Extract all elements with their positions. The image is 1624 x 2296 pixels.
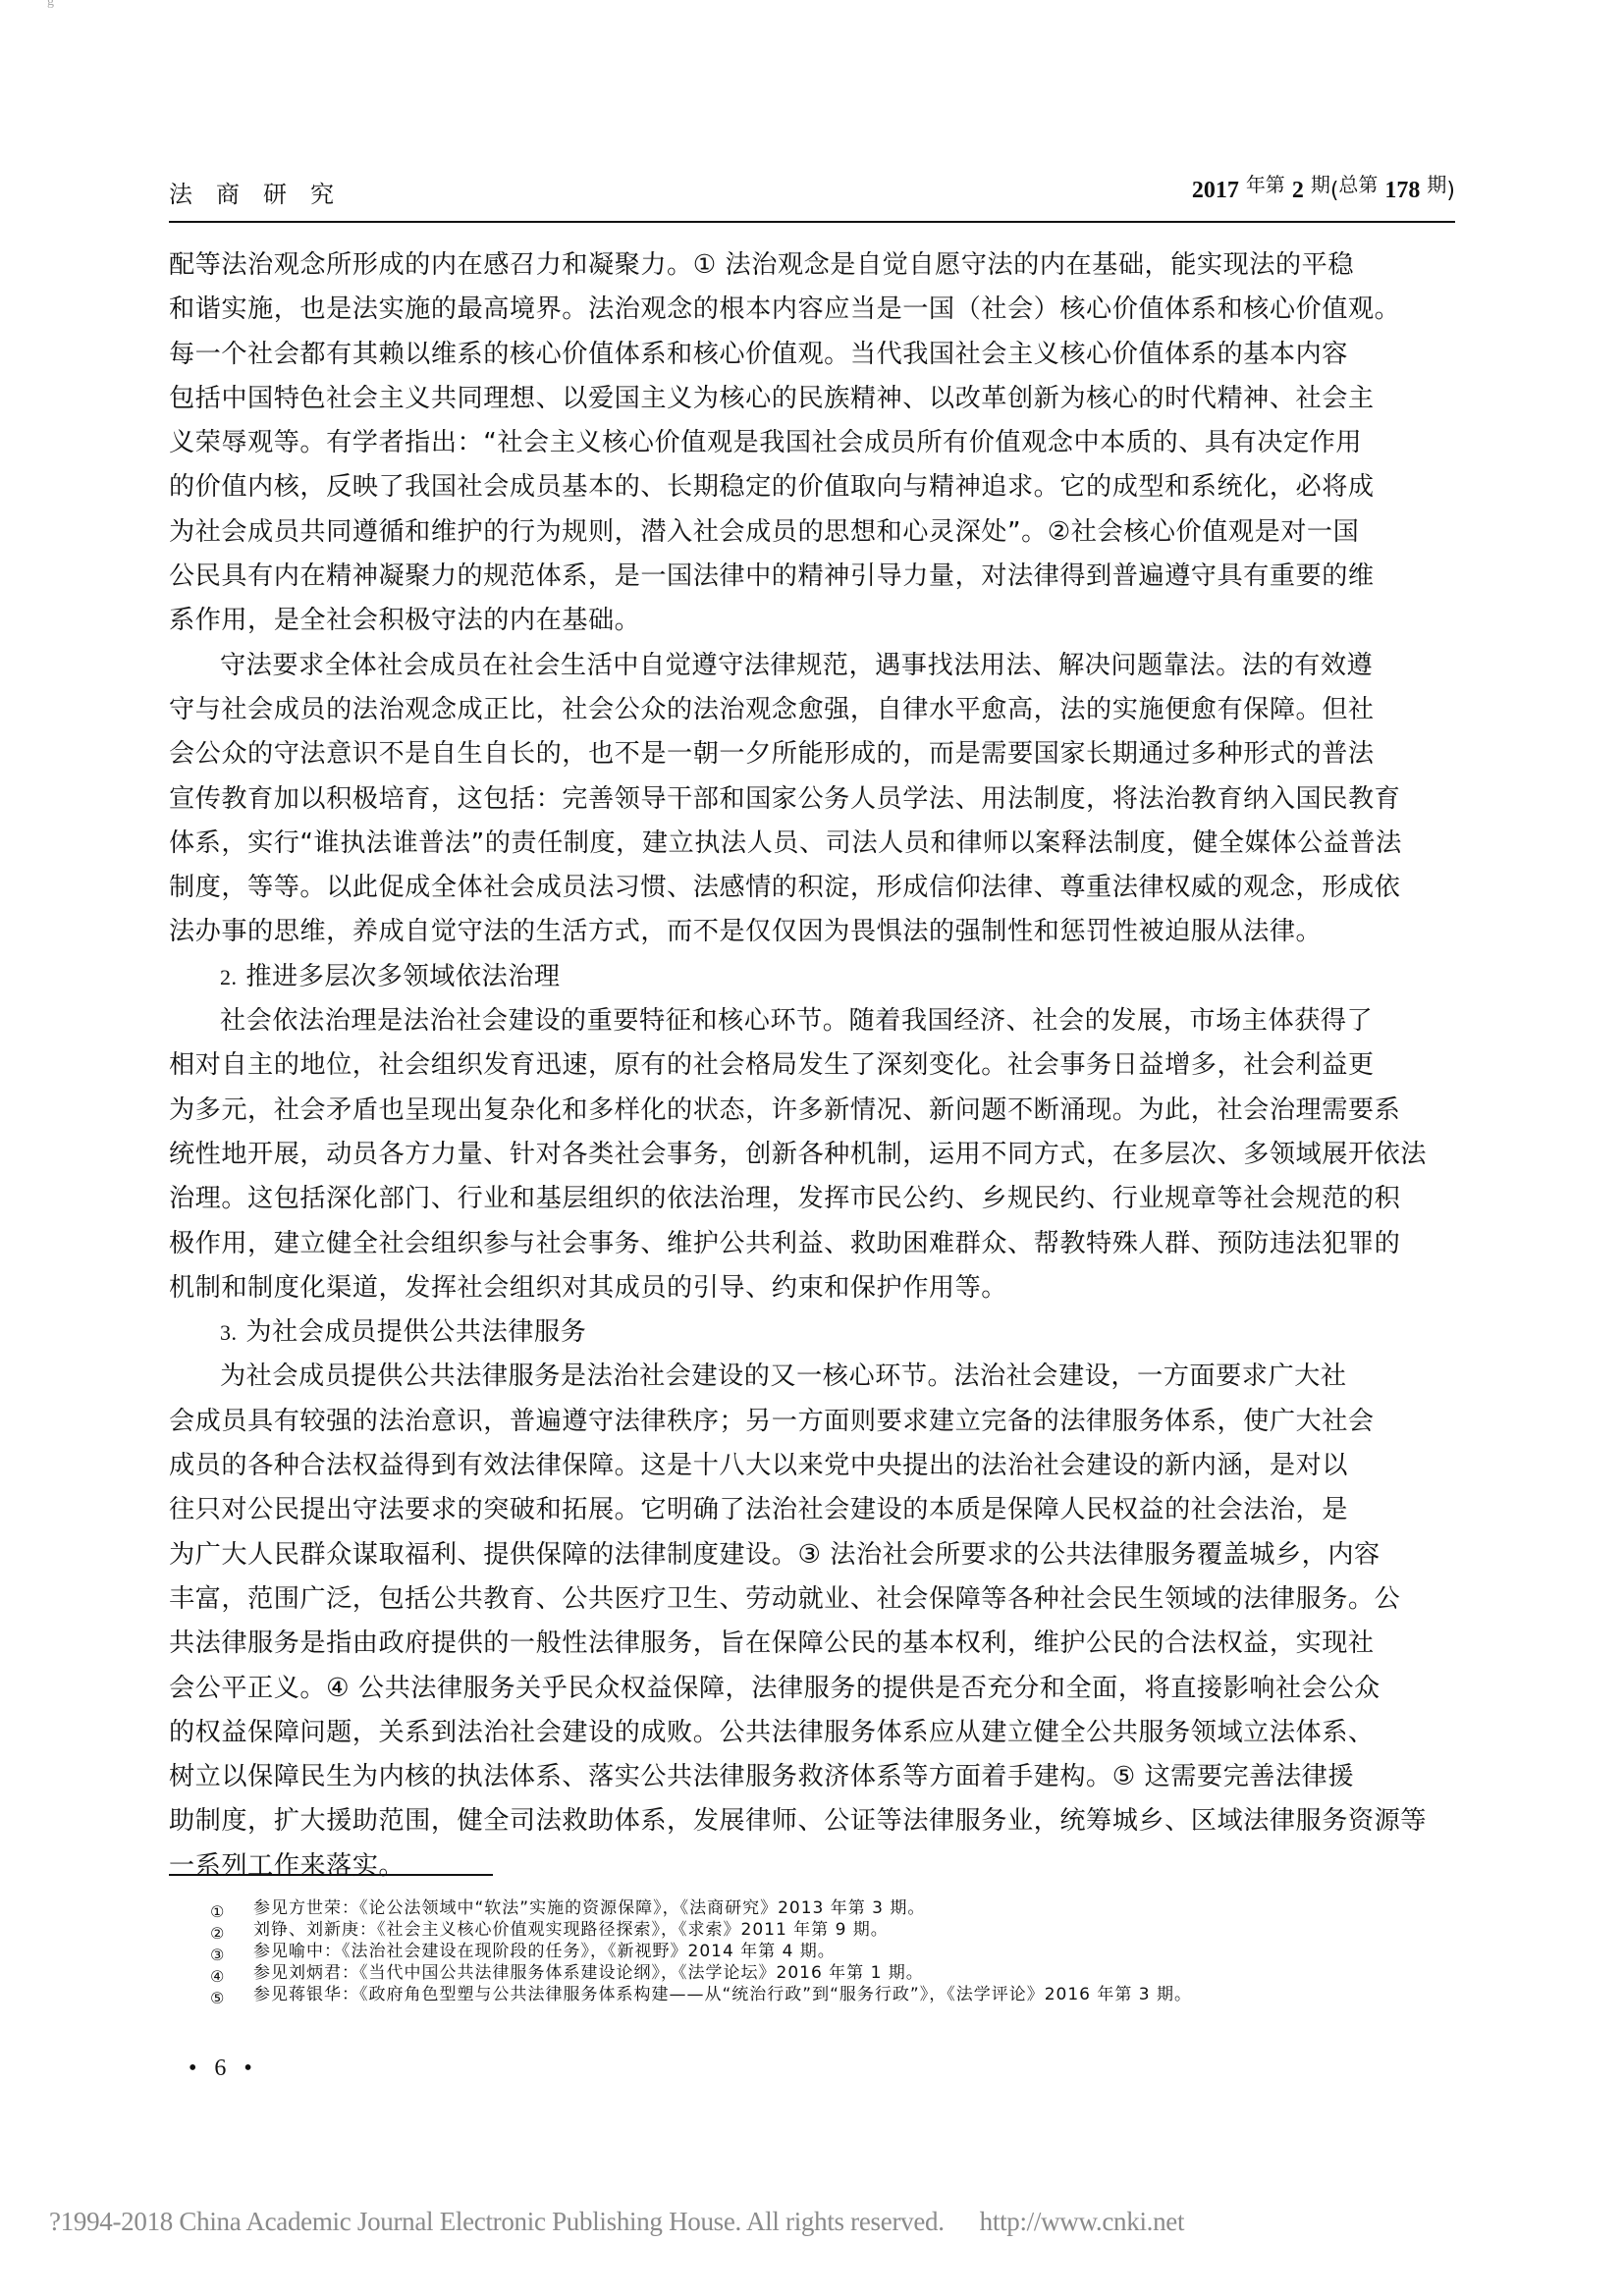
footnote-text: 参见蒋银华：《政府角色型塑与公共法律服务体系构建——从“统治行政”到“服务行政”… xyxy=(253,1984,1192,2005)
cnki-url: http://www.cnki.net xyxy=(980,2207,1185,2236)
close-paren: ) xyxy=(1446,179,1455,203)
footnote-2: ② 刘铮、刘新庚：《社会主义核心价值观实现路径探索》，《求索》2011 年第 9… xyxy=(169,1919,1455,1941)
section-number: 3. xyxy=(220,1320,238,1345)
total-issue-number: 178 xyxy=(1384,178,1420,203)
text-line: 机制和制度化渠道，发挥社会组织对其成员的引导、约束和保护作用等。 xyxy=(169,1266,1455,1310)
footnote-text: 参见喻中：《法治社会建设在现阶段的任务》，《新视野》2014 年第 4 期。 xyxy=(253,1941,836,1962)
copyright-watermark: ?1994-2018 China Academic Journal Electr… xyxy=(49,2207,1184,2237)
journal-name: 法商研究 xyxy=(169,175,357,209)
section-number: 2. xyxy=(220,965,238,989)
text-line: 守与社会成员的法治观念成正比，社会公众的法治观念愈强，自律水平愈高，法的实施便愈… xyxy=(169,688,1455,732)
total-suffix: 期 xyxy=(1427,173,1446,196)
text-line: 为社会成员提供公共法律服务是法治社会建设的又一核心环节。法治社会建设，一方面要求… xyxy=(169,1355,1455,1399)
text-line: 为广大人民群众谋取福利、提供保障的法律制度建设。③ 法治社会所要求的公共法律服务… xyxy=(169,1533,1455,1577)
text-line: 义荣辱观等。有学者指出：“社会主义核心价值观是我国社会成员所有价值观念中本质的、… xyxy=(169,421,1455,465)
text-line: 的权益保障问题，关系到法治社会建设的成败。公共法律服务体系应从建立健全公共服务领… xyxy=(169,1711,1455,1755)
section-3-body: 为社会成员提供公共法律服务是法治社会建设的又一核心环节。法治社会建设，一方面要求… xyxy=(169,1355,1455,1889)
text-line: 成员的各种合法权益得到有效法律保障。这是十八大以来党中央提出的法治社会建设的新内… xyxy=(169,1444,1455,1488)
footnotes: ① 参见方世荣：《论公法领域中“软法”实施的资源保障》，《法商研究》2013 年… xyxy=(169,1897,1455,2005)
paragraph-law-abiding: 守法要求全体社会成员在社会生活中自觉遵守法律规范，遇事找法用法、解决问题靠法。法… xyxy=(169,644,1455,955)
text-line: 统性地开展，动员各方力量、针对各类社会事务，创新各种机制，运用不同方式，在多层次… xyxy=(169,1133,1455,1177)
footnote-1: ① 参见方世荣：《论公法领域中“软法”实施的资源保障》，《法商研究》2013 年… xyxy=(169,1897,1455,1919)
text-line: 宣传教育加以积极培育，这包括：完善领导干部和国家公务人员学法、用法制度，将法治教… xyxy=(169,777,1455,822)
footnote-text: 参见方世荣：《论公法领域中“软法”实施的资源保障》，《法商研究》2013 年第 … xyxy=(253,1897,925,1919)
issue-info: 2017 年第 2 期(总第 178 期) xyxy=(1192,175,1455,204)
page-number: • 6 • xyxy=(189,2056,258,2082)
article-body: 配等法治观念所形成的内在感召力和凝聚力。① 法治观念是自觉自愿守法的内在基础，能… xyxy=(169,243,1455,1889)
text-line: 会公众的守法意识不是自生自长的，也不是一朝一夕所能形成的，而是需要国家长期通过多… xyxy=(169,732,1455,776)
section-heading-3: 3. 为社会成员提供公共法律服务 xyxy=(169,1310,1455,1355)
text-line: 为多元，社会矛盾也呈现出复杂化和多样化的状态，许多新情况、新问题不断涌现。为此，… xyxy=(169,1089,1455,1133)
text-line: 每一个社会都有其赖以维系的核心价值体系和核心价值观。当代我国社会主义核心价值体系… xyxy=(169,333,1455,377)
text-line: 树立以保障民生为内核的执法体系、落实公共法律服务救济体系等方面着手建构。⑤ 这需… xyxy=(169,1755,1455,1799)
text-line: 往只对公民提出守法要求的突破和拓展。它明确了法治社会建设的本质是保障人民权益的社… xyxy=(169,1488,1455,1532)
running-header: 法商研究 2017 年第 2 期(总第 178 期) xyxy=(169,173,1455,206)
section-2-body: 社会依法治理是法治社会建设的重要特征和核心环节。随着我国经济、社会的发展，市场主… xyxy=(169,999,1455,1310)
corner-mark: g xyxy=(47,0,54,10)
text-line: 公民具有内在精神凝聚力的规范体系，是一国法律中的精神引导力量，对法律得到普遍遵守… xyxy=(169,555,1455,599)
text-line: 丰富，范围广泛，包括公共教育、公共医疗卫生、劳动就业、社会保障等各种社会民生领域… xyxy=(169,1577,1455,1622)
issue-number: 2 xyxy=(1292,178,1304,203)
text-line: 相对自主的地位，社会组织发育迅速，原有的社会格局发生了深刻变化。社会事务日益增多… xyxy=(169,1043,1455,1088)
footnote-5: ⑤ 参见蒋银华：《政府角色型塑与公共法律服务体系构建——从“统治行政”到“服务行… xyxy=(169,1984,1455,2005)
footnote-marker: ⑤ xyxy=(210,1988,224,2009)
text-line: 治理。这包括深化部门、行业和基层组织的依法治理，发挥市民公约、乡规民约、行业规章… xyxy=(169,1177,1455,1221)
footnote-3: ③ 参见喻中：《法治社会建设在现阶段的任务》，《新视野》2014 年第 4 期。 xyxy=(169,1941,1455,1962)
text-line: 包括中国特色社会主义共同理想、以爱国主义为核心的民族精神、以改革创新为核心的时代… xyxy=(169,377,1455,421)
text-line: 的价值内核，反映了我国社会成员基本的、长期稳定的价值取向与精神追求。它的成型和系… xyxy=(169,465,1455,509)
text-line: 会公平正义。④ 公共法律服务关乎民众权益保障，法律服务的提供是否充分和全面，将直… xyxy=(169,1667,1455,1711)
text-line: 守法要求全体社会成员在社会生活中自觉遵守法律规范，遇事找法用法、解决问题靠法。法… xyxy=(169,644,1455,688)
text-line: 制度，等等。以此促成全体社会成员法习惯、法感情的积淀，形成信仰法律、尊重法律权威… xyxy=(169,866,1455,910)
text-line: 共法律服务是指由政府提供的一般性法律服务，旨在保障公民的基本权利，维护公民的合法… xyxy=(169,1622,1455,1666)
paragraph-core-values: 配等法治观念所形成的内在感召力和凝聚力。① 法治观念是自觉自愿守法的内在基础，能… xyxy=(169,243,1455,644)
copyright-text: ?1994-2018 China Academic Journal Electr… xyxy=(49,2207,945,2236)
footnote-4: ④ 参见刘炳君：《当代中国公共法律服务体系建设论纲》，《法学论坛》2016 年第… xyxy=(169,1962,1455,1984)
footnote-text: 刘铮、刘新庚：《社会主义核心价值观实现路径探索》，《求索》2011 年第 9 期… xyxy=(253,1919,889,1941)
issue-year: 2017 xyxy=(1192,178,1239,203)
section-title: 为社会成员提供公共法律服务 xyxy=(245,1317,586,1347)
header-rule xyxy=(169,221,1455,223)
text-line: 极作用，建立健全社会组织参与社会事务、维护公共利益、救助困难群众、帮教特殊人群、… xyxy=(169,1222,1455,1266)
footnote-text: 参见刘炳君：《当代中国公共法律服务体系建设论纲》，《法学论坛》2016 年第 1… xyxy=(253,1962,924,1984)
text-line: 法办事的思维，养成自觉守法的生活方式，而不是仅仅因为畏惧法的强制性和惩罚性被迫服… xyxy=(169,910,1455,954)
issue-label: 期 xyxy=(1311,173,1330,196)
text-line: 配等法治观念所形成的内在感召力和凝聚力。① 法治观念是自觉自愿守法的内在基础，能… xyxy=(169,243,1455,288)
text-line: 系作用，是全社会积极守法的内在基础。 xyxy=(169,599,1455,643)
text-line: 会成员具有较强的法治意识，普遍遵守法律秩序；另一方面则要求建立完备的法律服务体系… xyxy=(169,1400,1455,1444)
text-line: 社会依法治理是法治社会建设的重要特征和核心环节。随着我国经济、社会的发展，市场主… xyxy=(169,999,1455,1043)
text-line: 为社会成员共同遵循和维护的行为规则，潜入社会成员的思想和心灵深处”。②社会核心价… xyxy=(169,510,1455,555)
text-line: 助制度，扩大援助范围，健全司法救助体系，发展律师、公证等法律服务业，统筹城乡、区… xyxy=(169,1799,1455,1843)
issue-year-label: 年第 xyxy=(1246,173,1285,196)
text-line: 体系，实行“谁执法谁普法”的责任制度，建立执法人员、司法人员和律师以案释法制度，… xyxy=(169,822,1455,866)
total-label: 总第 xyxy=(1338,173,1378,196)
footnote-rule xyxy=(169,1874,493,1876)
section-title: 推进多层次多领域依法治理 xyxy=(245,962,560,991)
text-line: 一系列工作来落实。 xyxy=(169,1844,1455,1889)
section-heading-2: 2. 推进多层次多领域依法治理 xyxy=(169,955,1455,999)
text-line: 和谐实施，也是法实施的最高境界。法治观念的根本内容应当是一国（社会）核心价值体系… xyxy=(169,288,1455,332)
